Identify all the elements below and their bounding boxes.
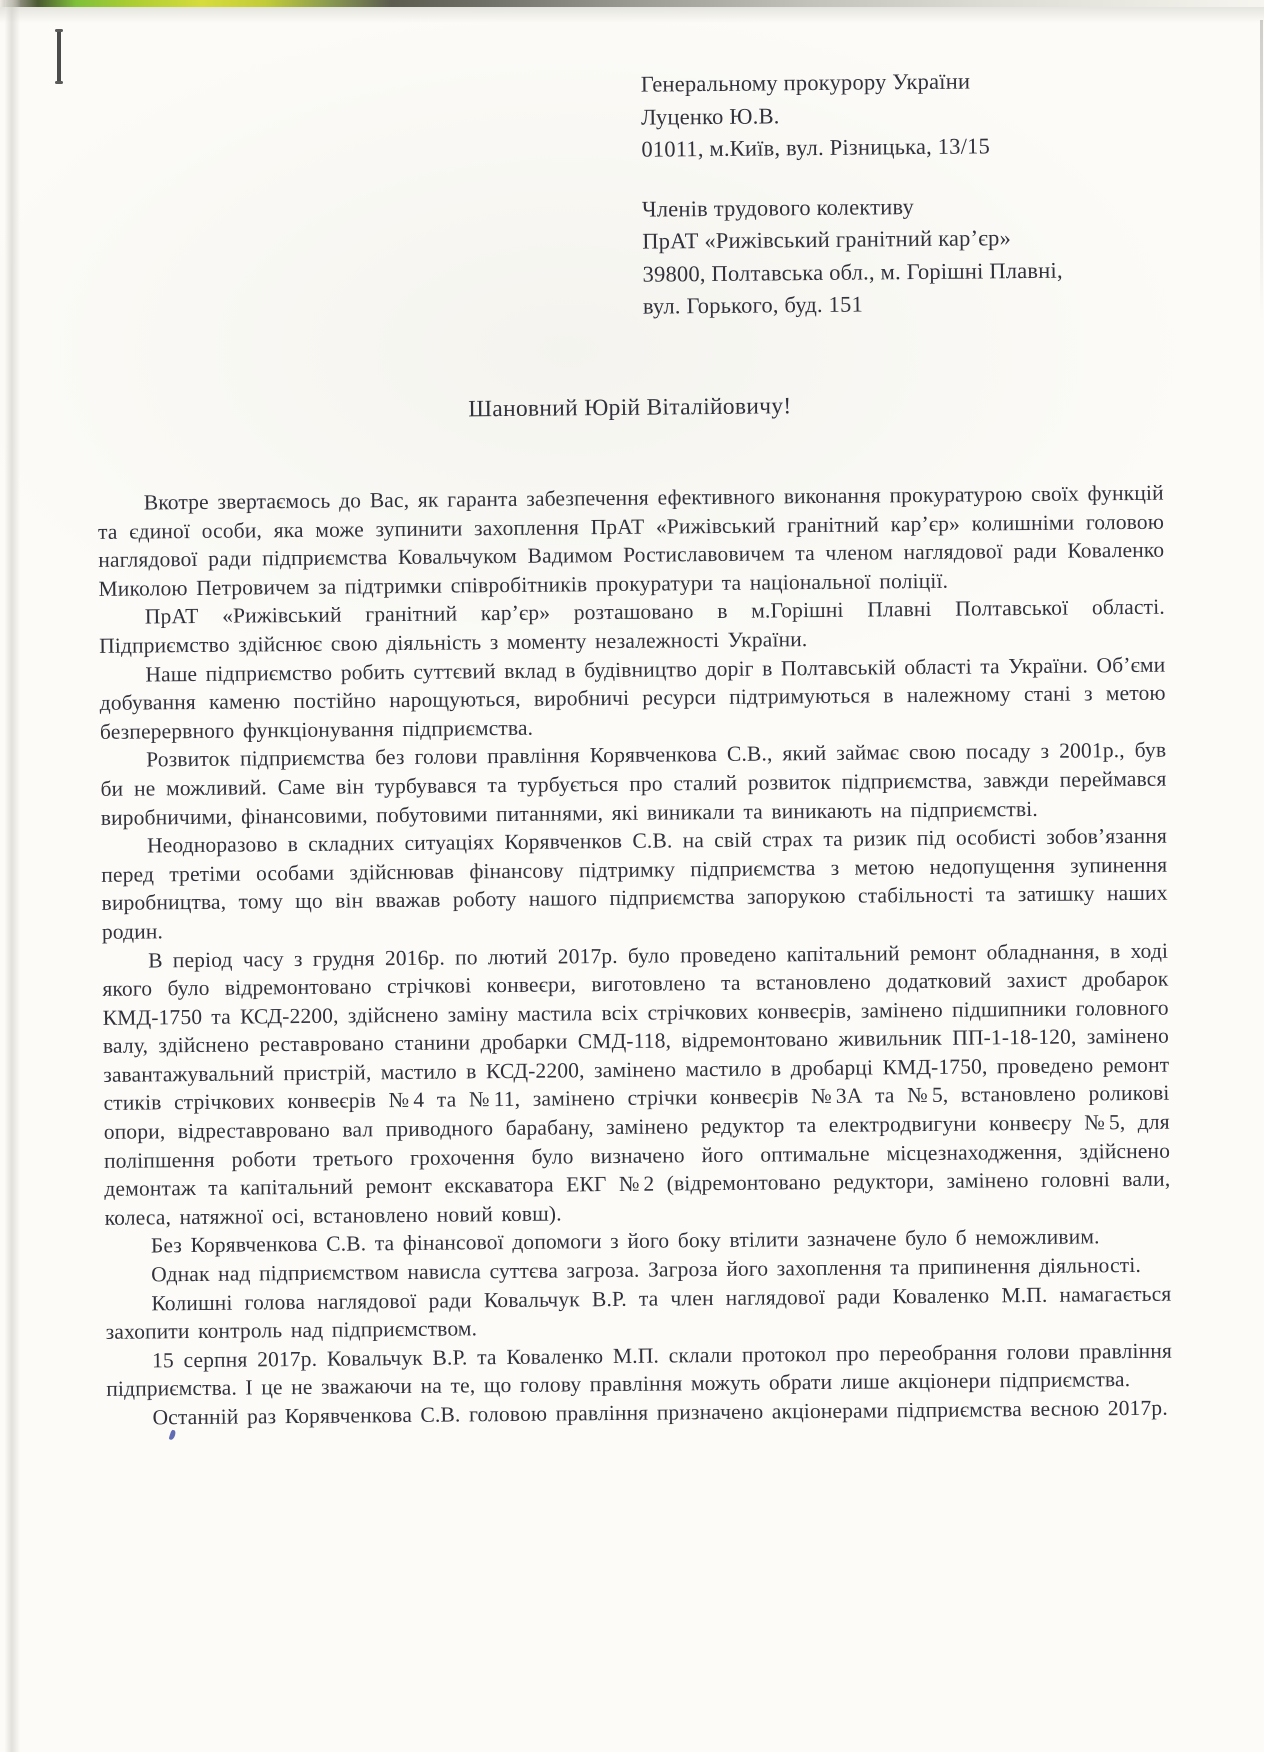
recipient-line: Луценко Ю.В. [641, 97, 1061, 134]
letter-paragraph: Наше підприємство робить суттєвий вклад … [99, 650, 1166, 746]
sender-line: вул. Горького, буд. 151 [643, 287, 1063, 324]
letter-paragraph: Розвиток підприємства без голови правлін… [100, 736, 1167, 832]
letter-body: Вкотре звертаємось до Вас, як гаранта за… [98, 479, 1173, 1433]
sender-line: 39800, Полтавська обл., м. Горішні Плавн… [642, 254, 1062, 291]
letter-paragraph: В період часу з грудня 2016р. по лютий 2… [102, 936, 1171, 1232]
address-block: Генеральному прокурору УкраїниЛуценко Ю.… [641, 65, 1064, 324]
sender-line: Членів трудового колективу [642, 189, 1062, 226]
letter-paragraph: Неодноразово в складних ситуаціях Корявч… [101, 822, 1168, 947]
letter-paragraph: 15 серпня 2017р. Ковальчук В.Р. та Ковал… [106, 1336, 1172, 1403]
recipient-line: 01011, м.Київ, вул. Різницька, 13/15 [641, 130, 1061, 167]
letter-paragraph: ПрАТ «Рижівський гранітний кар’єр» розта… [99, 593, 1165, 660]
salutation: Шановний Юрій Віталійовичу! [97, 390, 1163, 427]
sender-block: Членів трудового колективуПрАТ «Рижівськ… [642, 189, 1063, 323]
recipient-block: Генеральному прокурору УкраїниЛуценко Ю.… [641, 65, 1062, 167]
letter-content: Генеральному прокурору УкраїниЛуценко Ю.… [0, 0, 1264, 1752]
letter-paragraph: Колишні голова наглядової ради Ковальчук… [105, 1279, 1171, 1346]
scanned-letter-page: Генеральному прокурору УкраїниЛуценко Ю.… [0, 0, 1264, 1752]
letter-paragraph: Вкотре звертаємось до Вас, як гаранта за… [98, 479, 1165, 604]
sender-line: ПрАТ «Рижівський гранітний кар’єр» [642, 222, 1062, 259]
recipient-line: Генеральному прокурору України [641, 65, 1061, 102]
